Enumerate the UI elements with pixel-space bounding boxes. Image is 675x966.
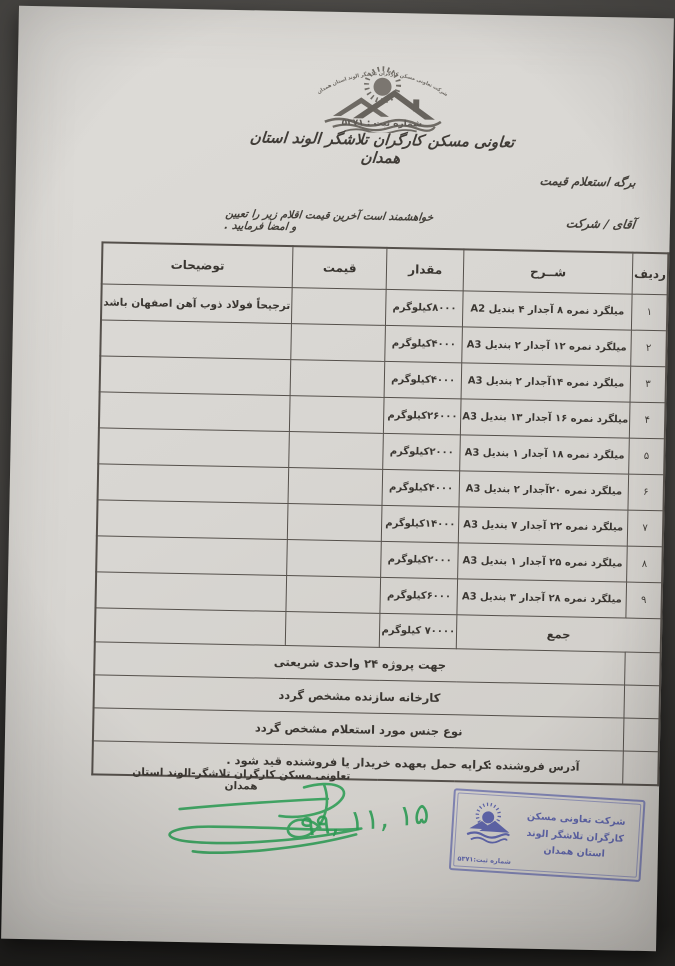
quantity-cell: ۸۰۰۰کیلوگرم xyxy=(386,289,463,326)
total-label-cell: جمع xyxy=(456,615,661,653)
description-cell: میلگرد نمره ۲۸ آجدار ۳ بندیل A3 xyxy=(457,579,627,618)
description-cell: میلگرد نمره ۱۲ آجدار ۲ بندیل A3 xyxy=(462,327,632,366)
price-cell xyxy=(289,396,384,434)
quantity-cell: ۴۰۰۰کیلوگرم xyxy=(382,469,459,506)
row-number-cell: ۶ xyxy=(628,474,664,511)
notes-cell: ترجیحاً فولاد ذوب آهن اصفهان باشد xyxy=(101,284,292,324)
row-number-cell: ۹ xyxy=(626,582,662,619)
cooperative-name-calligraphy: تعاونی مسکن کارگران تلاشگر الوند استان ه… xyxy=(245,128,518,169)
description-cell: میلگرد نمره ۲۵ آجدار ۱ بندیل A3 xyxy=(458,543,628,582)
quantity-cell: ۲۰۰۰کیلوگرم xyxy=(381,541,458,578)
row-number-cell: ۵ xyxy=(629,438,665,475)
description-cell: میلگرد نمره ۱۸ آجدار ۱ بندیل A3 xyxy=(460,435,630,474)
description-cell: میلگرد نمره ۸ آجدار ۴ بندیل A2 xyxy=(463,291,633,330)
document-paper: شرکت تعاونی مسکن کارگران تلاشگر الوند اس… xyxy=(1,6,674,951)
price-cell xyxy=(291,288,386,326)
stamp-logo-area: شماره ثبت:۵۳۷۱ xyxy=(457,795,517,868)
description-cell: میلگرد نمره ۲۲ آجدار ۷ بندیل A3 xyxy=(458,507,628,546)
sun-icon xyxy=(373,78,391,96)
stamp-registration-number: شماره ثبت:۵۳۷۱ xyxy=(457,855,511,866)
quantity-cell: ۴۰۰۰کیلوگرم xyxy=(385,325,462,362)
header-notes: توضیحات xyxy=(102,242,293,287)
price-cell xyxy=(289,432,384,470)
row-number-cell xyxy=(623,718,659,752)
seller-address-label: آدرس فروشنده : xyxy=(487,759,579,774)
description-cell: میلگرد نمره ۱۴آجدار ۲ بندیل A3 xyxy=(461,363,631,402)
quantity-cell: ۲۶۰۰۰کیلوگرم xyxy=(384,397,461,434)
notes-cell xyxy=(98,428,289,468)
stamp-logo-icon xyxy=(460,796,515,855)
notes-cell xyxy=(100,356,291,396)
row-number-cell xyxy=(623,751,659,785)
row-number-cell: ۲ xyxy=(631,330,667,367)
notes-cell xyxy=(95,572,286,612)
price-cell xyxy=(291,324,386,362)
price-cell xyxy=(287,504,382,542)
price-cell xyxy=(290,360,385,398)
stamp-text: شرکت تعاونی مسکن کارگران تلاشگر الوند اس… xyxy=(514,808,637,865)
header-description: شــرح xyxy=(463,249,633,294)
notes-cell xyxy=(96,536,287,576)
notes-cell xyxy=(99,392,290,432)
header-row-number: ردیف xyxy=(632,253,668,295)
notes-cell xyxy=(98,464,289,504)
quantity-cell: ۱۴۰۰۰کیلوگرم xyxy=(382,505,459,542)
row-number-cell: ۷ xyxy=(627,510,663,547)
row-number-cell xyxy=(624,685,660,719)
price-cell xyxy=(285,612,380,648)
header-price: قیمت xyxy=(292,246,387,289)
total-quantity-cell: ۷۰۰۰۰ کیلوگرم xyxy=(380,613,457,648)
description-cell: میلگرد نمره ۱۶ آجدار ۱۳ بندیل A3 xyxy=(460,399,630,438)
request-line: خواهشمند است آخرین قیمت اقلام زیر را تعی… xyxy=(224,208,442,236)
notes-cell xyxy=(100,320,291,360)
notes-cell xyxy=(97,500,288,540)
notes-cell xyxy=(95,608,286,646)
price-cell xyxy=(287,540,382,578)
price-cell xyxy=(288,468,383,506)
row-number-cell xyxy=(625,652,661,686)
company-stamp: شرکت تعاونی مسکن کارگران تلاشگر الوند اس… xyxy=(449,788,646,882)
quantity-cell: ۲۰۰۰کیلوگرم xyxy=(383,433,460,470)
addressee-line: آقای / شرکت xyxy=(565,216,636,231)
quantity-cell: ۶۰۰۰کیلوگرم xyxy=(380,577,457,614)
row-number-cell: ۴ xyxy=(629,402,665,439)
photo-background: شرکت تعاونی مسکن کارگران تلاشگر الوند اس… xyxy=(0,0,675,966)
price-inquiry-table: ردیف شــرح مقدار قیمت توضیحات ۱ میلگرد ن… xyxy=(91,241,669,786)
form-title: برگه استعلام قیمت xyxy=(539,174,637,190)
row-number-cell: ۳ xyxy=(630,366,666,403)
chimney-icon xyxy=(413,99,419,111)
row-number-cell: ۱ xyxy=(632,294,668,331)
row-number-cell: ۸ xyxy=(627,546,663,583)
description-cell: میلگرد نمره ۲۰آجدار ۲ بندیل A3 xyxy=(459,471,629,510)
header-quantity: مقدار xyxy=(387,248,464,291)
quantity-cell: ۴۰۰۰کیلوگرم xyxy=(385,361,462,398)
price-cell xyxy=(286,576,381,614)
